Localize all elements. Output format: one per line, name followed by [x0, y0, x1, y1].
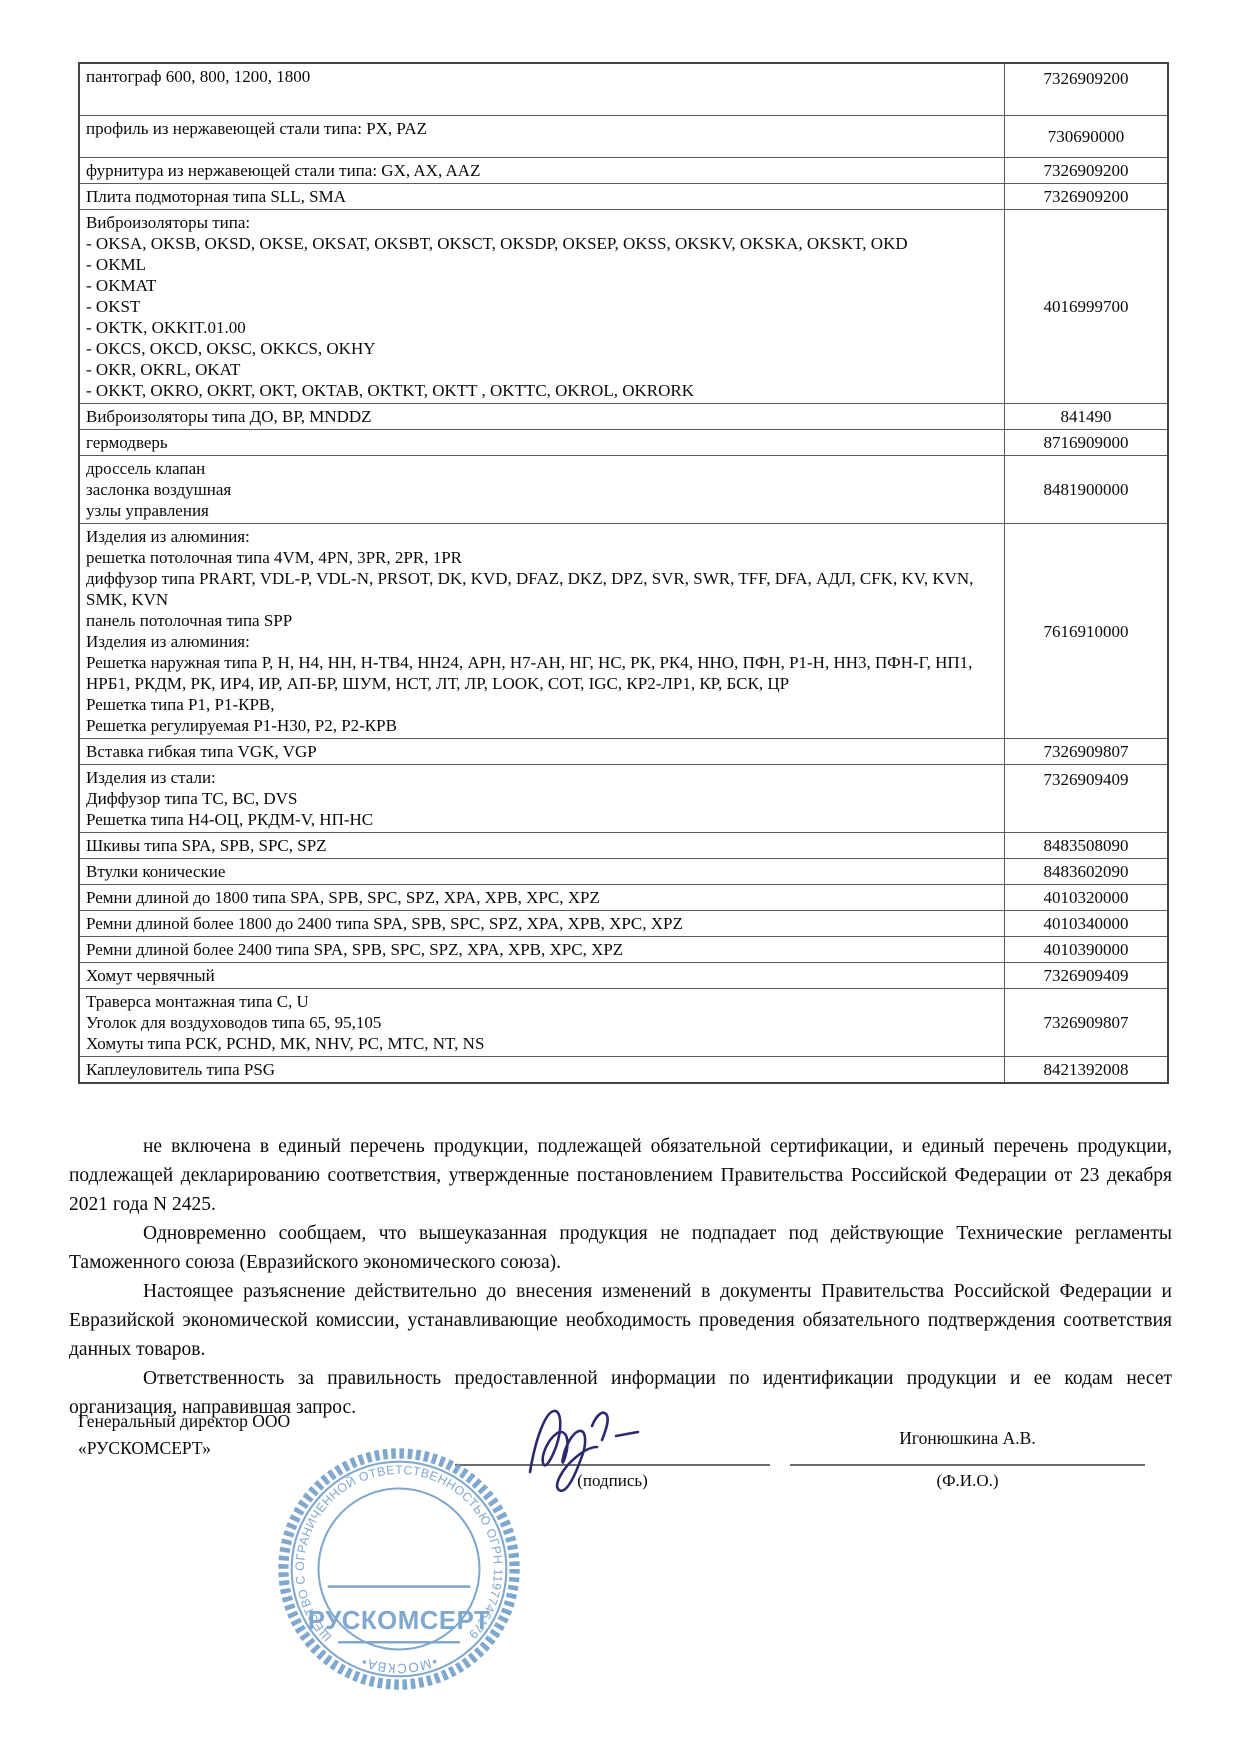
product-description-cell: Хомут червячный [79, 963, 1005, 989]
hs-code-cell: 7326909807 [1005, 739, 1169, 765]
table-row: Изделия из алюминия: решетка потолочная … [79, 524, 1168, 739]
director-title: Генеральный директор ООО «РУСКОМСЕРТ» [78, 1408, 290, 1462]
product-description-cell: Ремни длиной до 1800 типа SPA, SPB, SPC,… [79, 885, 1005, 911]
table-row: Плита подмоторная типа SLL, SMA 73269092… [79, 184, 1168, 210]
hs-code-cell: 4010320000 [1005, 885, 1169, 911]
table-row: Изделия из стали: Диффузор типа ТС, ВС, … [79, 765, 1168, 833]
hs-code-cell: 8421392008 [1005, 1057, 1169, 1084]
director-title-line2: «РУСКОМСЕРТ» [78, 1435, 290, 1462]
name-line [790, 1464, 1145, 1466]
svg-text:•МОСКВА•: •МОСКВА• [359, 1654, 440, 1676]
product-description-cell: Траверса монтажная типа C, U Уголок для … [79, 989, 1005, 1057]
product-description-cell: гермодверь [79, 430, 1005, 456]
stamp-bottom-text: •МОСКВА• [359, 1654, 440, 1676]
table-row: профиль из нержавеющей стали типа: PX, P… [79, 116, 1168, 158]
product-description-cell: Шкивы типа SPA, SPB, SPC, SPZ [79, 833, 1005, 859]
product-code-table: пантограф 600, 800, 1200, 1800 732690920… [78, 62, 1169, 1084]
hs-code-cell: 730690000 [1005, 116, 1169, 158]
paragraph: Одновременно сообщаем, что вышеуказанная… [69, 1219, 1172, 1277]
product-description-cell: Изделия из алюминия: решетка потолочная … [79, 524, 1005, 739]
hs-code-cell: 7616910000 [1005, 524, 1169, 739]
hs-code-cell: 4016999700 [1005, 210, 1169, 404]
product-description-cell: Виброизоляторы типа: - OKSA, OKSB, OKSD,… [79, 210, 1005, 404]
product-description-cell: пантограф 600, 800, 1200, 1800 [79, 63, 1005, 116]
table-row: дроссель клапан заслонка воздушная узлы … [79, 456, 1168, 524]
hs-code-cell: 4010340000 [1005, 911, 1169, 937]
letter-body: не включена в единый перечень продукции,… [69, 1132, 1172, 1422]
table-row: Виброизоляторы типа ДО, ВР, MNDDZ 841490 [79, 404, 1168, 430]
hs-code-cell: 7326909200 [1005, 63, 1169, 116]
hs-code-cell: 8716909000 [1005, 430, 1169, 456]
product-description-cell: Втулки конические [79, 859, 1005, 885]
hs-code-cell: 841490 [1005, 404, 1169, 430]
signature-caption: (подпись) [455, 1471, 770, 1491]
hs-code-cell: 7326909200 [1005, 158, 1169, 184]
paragraph: Настоящее разъяснение действительно до в… [69, 1277, 1172, 1364]
table-row: Каплеуловитель типа PSG 8421392008 [79, 1057, 1168, 1084]
product-description-cell: фурнитура из нержавеющей стали типа: GX,… [79, 158, 1005, 184]
hs-code-cell: 7326909409 [1005, 765, 1169, 833]
table-row: пантограф 600, 800, 1200, 1800 732690920… [79, 63, 1168, 116]
table-row: Ремни длиной до 1800 типа SPA, SPB, SPC,… [79, 885, 1168, 911]
table-row: Вставка гибкая типа VGK, VGP 7326909807 [79, 739, 1168, 765]
product-description-cell: Каплеуловитель типа PSG [79, 1057, 1005, 1084]
product-description-cell: Плита подмоторная типа SLL, SMA [79, 184, 1005, 210]
fio-caption: (Ф.И.О.) [790, 1471, 1145, 1491]
product-description-cell: Изделия из стали: Диффузор типа ТС, ВС, … [79, 765, 1005, 833]
table-row: фурнитура из нержавеющей стали типа: GX,… [79, 158, 1168, 184]
hs-code-cell: 7326909409 [1005, 963, 1169, 989]
stamp-center-text: РУСКОМСЕРТ [308, 1607, 490, 1635]
product-description-cell: Ремни длиной более 1800 до 2400 типа SPA… [79, 911, 1005, 937]
product-description-cell: дроссель клапан заслонка воздушная узлы … [79, 456, 1005, 524]
table-row: Втулки конические 8483602090 [79, 859, 1168, 885]
director-title-line1: Генеральный директор ООО [78, 1408, 290, 1435]
table-row: Ремни длиной более 1800 до 2400 типа SPA… [79, 911, 1168, 937]
table-row: Хомут червячный 7326909409 [79, 963, 1168, 989]
hs-code-cell: 8481900000 [1005, 456, 1169, 524]
hs-code-cell: 4010390000 [1005, 937, 1169, 963]
product-description-cell: Ремни длиной более 2400 типа SPA, SPB, S… [79, 937, 1005, 963]
signature-line [455, 1464, 770, 1466]
paragraph: не включена в единый перечень продукции,… [69, 1132, 1172, 1219]
hs-code-cell: 8483602090 [1005, 859, 1169, 885]
table-row: Траверса монтажная типа C, U Уголок для … [79, 989, 1168, 1057]
hs-code-cell: 8483508090 [1005, 833, 1169, 859]
table-row: Виброизоляторы типа: - OKSA, OKSB, OKSD,… [79, 210, 1168, 404]
table-row: гермодверь 8716909000 [79, 430, 1168, 456]
hs-code-cell: 7326909807 [1005, 989, 1169, 1057]
product-description-cell: профиль из нержавеющей стали типа: PX, P… [79, 116, 1005, 158]
hs-code-cell: 7326909200 [1005, 184, 1169, 210]
signer-name: Игонюшкина А.В. [790, 1428, 1145, 1449]
document-page: пантограф 600, 800, 1200, 1800 732690920… [0, 0, 1241, 1755]
product-description-cell: Виброизоляторы типа ДО, ВР, MNDDZ [79, 404, 1005, 430]
table-row: Ремни длиной более 2400 типа SPA, SPB, S… [79, 937, 1168, 963]
product-description-cell: Вставка гибкая типа VGK, VGP [79, 739, 1005, 765]
table-row: Шкивы типа SPA, SPB, SPC, SPZ 8483508090 [79, 833, 1168, 859]
